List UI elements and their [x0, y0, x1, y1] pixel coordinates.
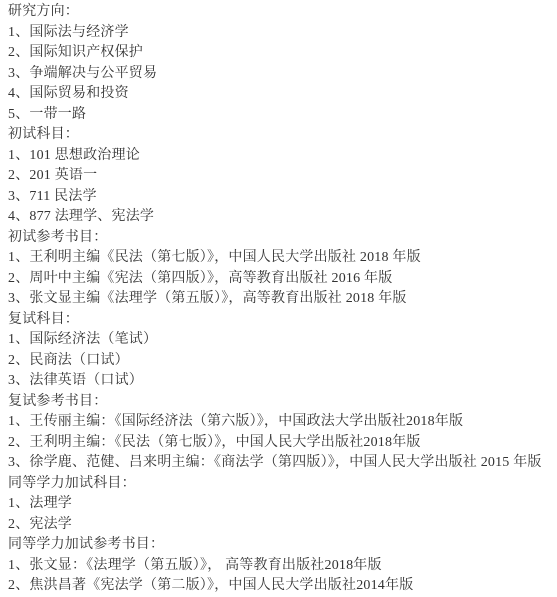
- list-item: 1、101 思想政治理论: [8, 146, 553, 167]
- list-item: 3、711 民法学: [8, 187, 553, 208]
- document: 研究方向：1、国际法与经济学2、国际知识产权保护3、争端解决与公平贸易4、国际贸…: [0, 0, 557, 597]
- list-item: 4、国际贸易和投资: [8, 84, 553, 105]
- list-item: 1、国际法与经济学: [8, 23, 553, 44]
- list-item: 3、张文显主编《法理学（第五版）》，高等教育出版社 2018 年版: [8, 289, 553, 310]
- section-heading: 复试科目：: [8, 310, 553, 331]
- list-item: 2、民商法（口试）: [8, 351, 553, 372]
- list-item: 1、王传丽主编：《国际经济法（第六版）》，中国政法大学出版社2018年版: [8, 412, 553, 433]
- list-item: 3、争端解决与公平贸易: [8, 64, 553, 85]
- list-item: 1、国际经济法（笔试）: [8, 330, 553, 351]
- section-heading: 复试参考书目：: [8, 392, 553, 413]
- section-heading: 同等学力加试参考书目：: [8, 535, 553, 556]
- document-lines: 研究方向：1、国际法与经济学2、国际知识产权保护3、争端解决与公平贸易4、国际贸…: [8, 2, 553, 597]
- section-heading: 同等学力加试科目：: [8, 474, 553, 495]
- list-item: 1、法理学: [8, 494, 553, 515]
- section-heading: 研究方向：: [8, 2, 553, 23]
- list-item: 2、焦洪昌著《宪法学（第二版）》，中国人民大学出版社2014年版: [8, 576, 553, 597]
- list-item: 2、201 英语一: [8, 166, 553, 187]
- list-item: 3、法律英语（口试）: [8, 371, 553, 392]
- list-item: 1、王利明主编《民法（第七版）》，中国人民大学出版社 2018 年版: [8, 248, 553, 269]
- list-item: 1、张文显：《法理学（第五版）》， 高等教育出版社2018年版: [8, 556, 553, 577]
- list-item: 2、周叶中主编《宪法（第四版）》，高等教育出版社 2016 年版: [8, 269, 553, 290]
- list-item: 5、一带一路: [8, 105, 553, 126]
- list-item: 2、宪法学: [8, 515, 553, 536]
- section-heading: 初试科目：: [8, 125, 553, 146]
- list-item: 2、王利明主编：《民法（第七版）》，中国人民大学出版社2018年版: [8, 433, 553, 454]
- list-item: 2、国际知识产权保护: [8, 43, 553, 64]
- list-item: 4、877 法理学、宪法学: [8, 207, 553, 228]
- list-item: 3、徐学鹿、范健、吕来明主编：《商法学（第四版）》，中国人民大学出版社 2015…: [8, 453, 553, 474]
- section-heading: 初试参考书目：: [8, 228, 553, 249]
